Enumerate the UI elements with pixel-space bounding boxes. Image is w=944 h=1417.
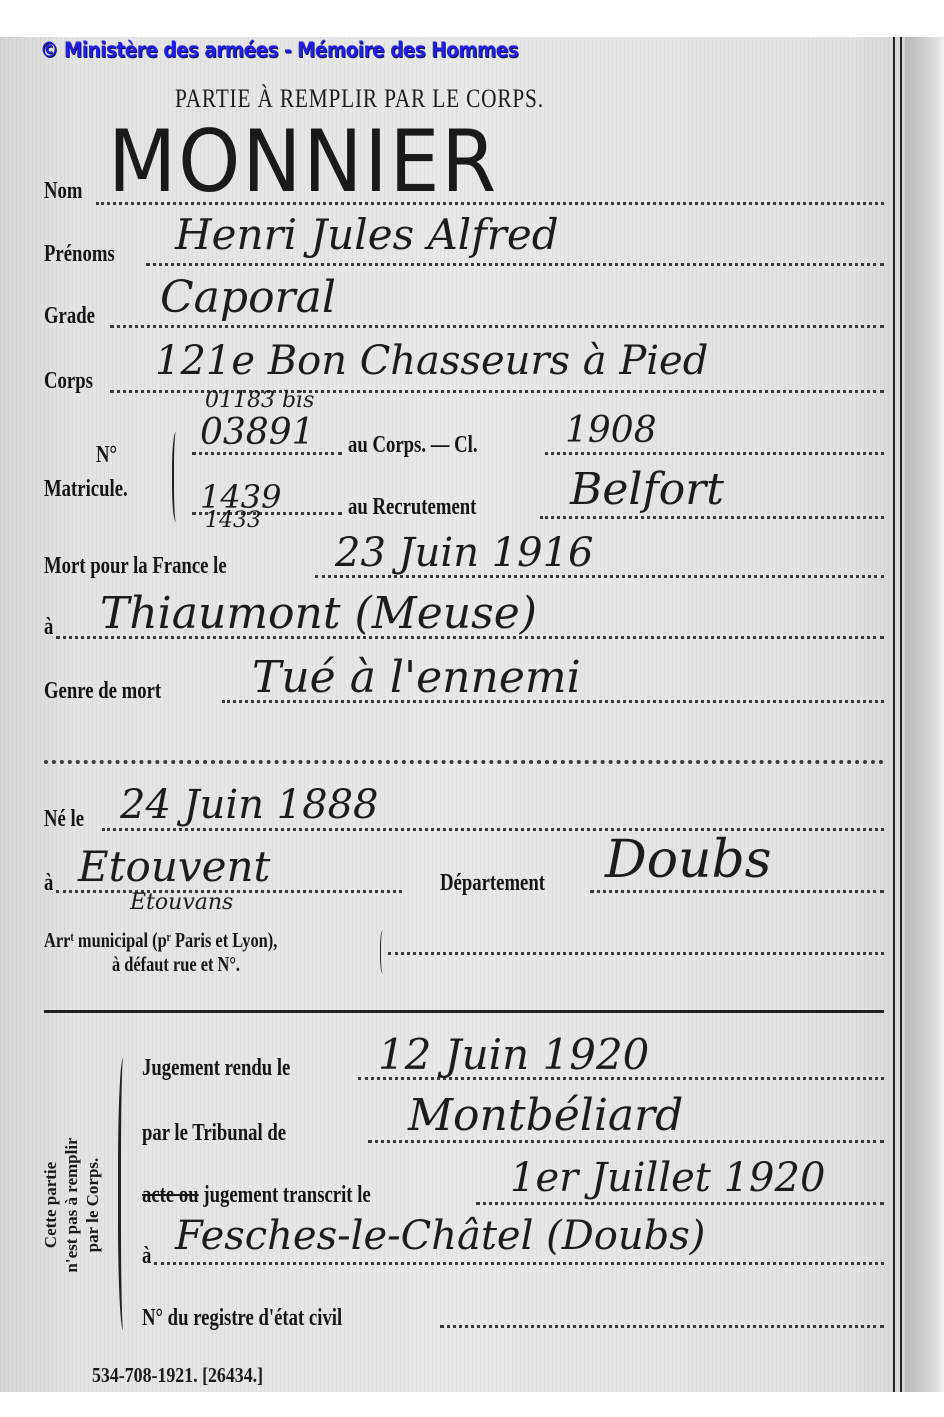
transcrit-lieu-value: Fesches-le-Châtel (Doubs) [175, 1213, 705, 1259]
arrondissement-brace [380, 930, 387, 974]
mort-date-label: Mort pour la France le [44, 553, 227, 580]
jugement-rendu-value: 12 Juin 1920 [378, 1030, 649, 1079]
matricule-label: Matricule. [44, 476, 128, 503]
nom-value: MONNIER [108, 112, 498, 212]
ne-lieu-value: Etouvent [78, 842, 270, 891]
side-note-line-1: Cette partie [40, 1110, 61, 1300]
corps-label: Corps [44, 368, 93, 395]
print-reference: 534-708-1921. [26434.] [92, 1363, 263, 1388]
transcrit-lieu-label: à [142, 1243, 151, 1270]
grade-line [110, 325, 884, 328]
ne-lieu-correction: Etouvans [130, 890, 233, 915]
departement-line [590, 890, 884, 893]
prenoms-value: Henri Jules Alfred [175, 210, 559, 259]
arrondissement-line [388, 952, 884, 955]
transcrit-label: acte ou jugement transcrit le [142, 1182, 371, 1209]
registre-line [440, 1325, 884, 1328]
departement-value: Doubs [605, 830, 771, 890]
nom-label: Nom [44, 178, 82, 205]
ne-le-label: Né le [44, 806, 84, 833]
matricule-corps-number: 03891 [200, 412, 315, 453]
ne-le-value: 24 Juin 1888 [120, 782, 378, 828]
registre-label: N° du registre d'état civil [142, 1305, 342, 1332]
recrutement-correction: 1433 [205, 508, 261, 533]
arrondissement-label: Arrᵗ municipal (pʳ Paris et Lyon), [44, 928, 277, 953]
mort-lieu-value: Thiaumont (Meuse) [100, 588, 537, 639]
departement-label: Département [440, 870, 545, 897]
mort-lieu-label: à [44, 614, 53, 641]
transcrit-label-text: jugement transcrit le [203, 1182, 370, 1208]
matricule-label-n: N° [96, 442, 117, 469]
civil-section-brace [118, 1058, 131, 1330]
grade-value: Caporal [160, 272, 336, 323]
prenoms-label: Prénoms [44, 241, 115, 268]
transcrit-line [476, 1202, 884, 1205]
form-header: PARTIE À REMPLIR PAR LE CORPS. [175, 84, 544, 114]
border-rule [893, 37, 895, 1392]
classe-line [545, 452, 884, 455]
recrutement-place-line [540, 516, 884, 519]
tribunal-value: Montbéliard [408, 1090, 683, 1141]
arrondissement-label-2: à défaut rue et N°. [112, 952, 240, 977]
section-divider [44, 1010, 884, 1013]
classe-value: 1908 [565, 410, 657, 451]
jugement-rendu-label: Jugement rendu le [142, 1055, 290, 1082]
recrutement-place: Belfort [570, 464, 724, 515]
page-edge-shadow [905, 37, 944, 1392]
matricule-brace [172, 432, 182, 522]
tribunal-label: par le Tribunal de [142, 1120, 286, 1147]
prenoms-line [146, 263, 884, 266]
blank-line [44, 760, 884, 764]
side-note-line-3: par le Corps. [82, 1110, 103, 1300]
transcrit-value: 1er Juillet 1920 [510, 1155, 825, 1201]
transcrit-label-struck: acte ou [142, 1182, 199, 1208]
copyright-watermark: © Ministère des armées - Mémoire des Hom… [40, 38, 518, 62]
matricule-annotation: 01183 bis [205, 388, 314, 413]
side-note-line-2: n'est pas à remplir [61, 1110, 82, 1300]
grade-label: Grade [44, 303, 95, 330]
matricule-corps-suffix: au Corps. — Cl. [348, 432, 478, 459]
ne-lieu-label: à [44, 870, 53, 897]
genre-mort-label: Genre de mort [44, 678, 161, 705]
mort-date-value: 23 Juin 1916 [335, 530, 593, 576]
transcrit-lieu-line [154, 1262, 884, 1265]
recrutement-suffix: au Recrutement [348, 494, 476, 521]
genre-mort-value: Tué à l'ennemi [252, 652, 581, 703]
side-note: Cette partie n'est pas à remplir par le … [40, 1110, 118, 1300]
corps-value: 121e Bon Chasseurs à Pied [155, 338, 708, 384]
matricule-corps-line [192, 452, 342, 455]
border-rule [900, 37, 902, 1392]
